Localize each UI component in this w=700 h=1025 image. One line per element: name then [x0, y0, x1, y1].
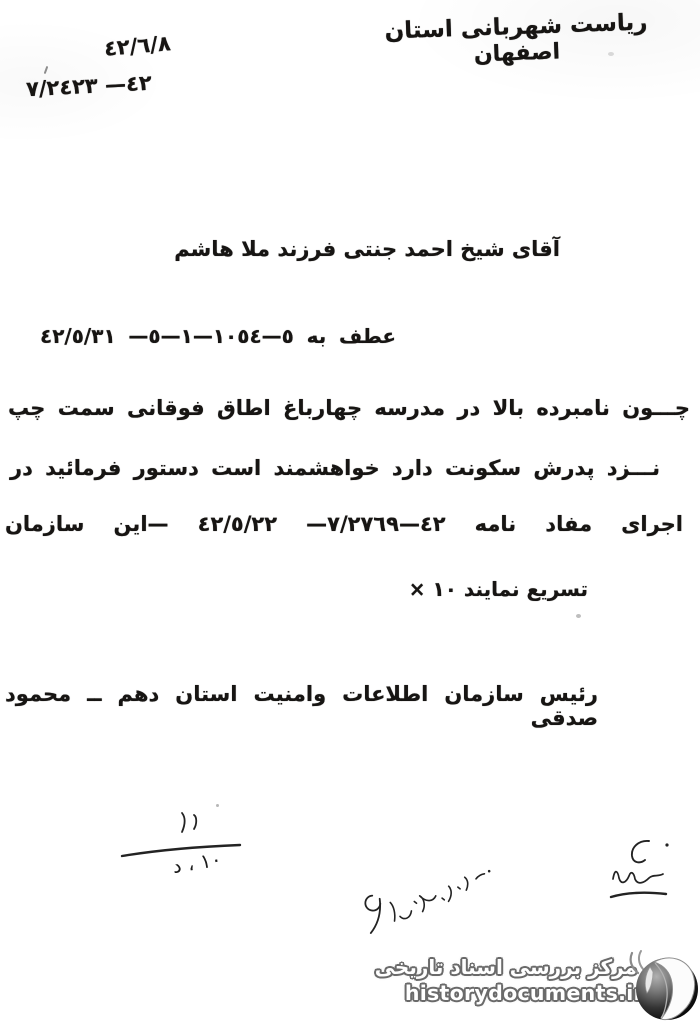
- body-line-2: نـــزد پدرش سکونت دارد خواهشمند است دستو…: [10, 456, 660, 480]
- pen-tick-icon: [182, 813, 185, 832]
- pen-dot-icon: [488, 870, 491, 873]
- watermark-title: مرکز بررسی اسناد تاریخی: [375, 955, 637, 979]
- logo-wing-icon: [631, 953, 638, 973]
- scan-speck: [608, 52, 614, 56]
- pen-dot-icon: [458, 887, 460, 889]
- watermark-logo: [626, 945, 700, 1025]
- handwritten-signature: [600, 816, 692, 908]
- letter-date: ٤٢/٦/٨: [103, 31, 171, 61]
- signature-underline-icon: [611, 893, 666, 897]
- pen-dot-icon: [665, 843, 668, 846]
- pen-scribble-icon: [420, 894, 438, 912]
- pen-scribble-icon: [476, 874, 485, 879]
- pen-scribble-icon: [465, 877, 469, 890]
- pen-nine-glyph-icon: [364, 895, 381, 912]
- signature-curve-icon: [632, 841, 649, 862]
- body-line-4: تسریع نمایند ١٠ ×: [409, 577, 588, 601]
- pen-dot-icon: [414, 901, 416, 903]
- body-line-3: اجرای مفاد نامه ٤٢—٧/٢٧٦٩— ٤٢/٥/٢٢ —این …: [5, 512, 683, 536]
- pen-scribble-icon: [390, 902, 395, 921]
- scan-speck: [44, 66, 49, 74]
- pen-scribble-icon: [447, 886, 453, 901]
- signature-scribble-icon: [613, 872, 663, 883]
- letter-ref-number: ٤٢— ٧/٢٤٢٣: [25, 71, 152, 102]
- pen-tick-icon: [194, 815, 196, 829]
- scanned-document-page: ریاست شهربانی استان اصفهان ٤٢/٦/٨ ٤٢— ٧/…: [0, 0, 700, 1025]
- scan-speck: [576, 614, 581, 618]
- reference-line: عطف به ٥—١٠٥٤—١—٥— ٤٢/٥/٣١: [40, 324, 396, 348]
- letterhead-org-block: ریاست شهربانی استان اصفهان: [384, 9, 649, 70]
- scan-speck: [216, 804, 219, 807]
- signature-line: رئیس سازمان اطلاعات وامنیت استان دهم ــ …: [5, 682, 598, 730]
- recipient-line: آقای شیخ احمد جنتی فرزند ملا هاشم: [174, 237, 560, 261]
- watermark-url: historydocuments.ir: [405, 981, 644, 1005]
- handwritten-center-note: [334, 860, 504, 953]
- pen-scribble-icon: [400, 911, 413, 919]
- pen-dot-icon: [442, 898, 444, 900]
- logo-wing-icon: [639, 951, 643, 969]
- body-line-1: چـــون نامبرده بالا در مدرسه چهارباغ اطا…: [8, 396, 690, 420]
